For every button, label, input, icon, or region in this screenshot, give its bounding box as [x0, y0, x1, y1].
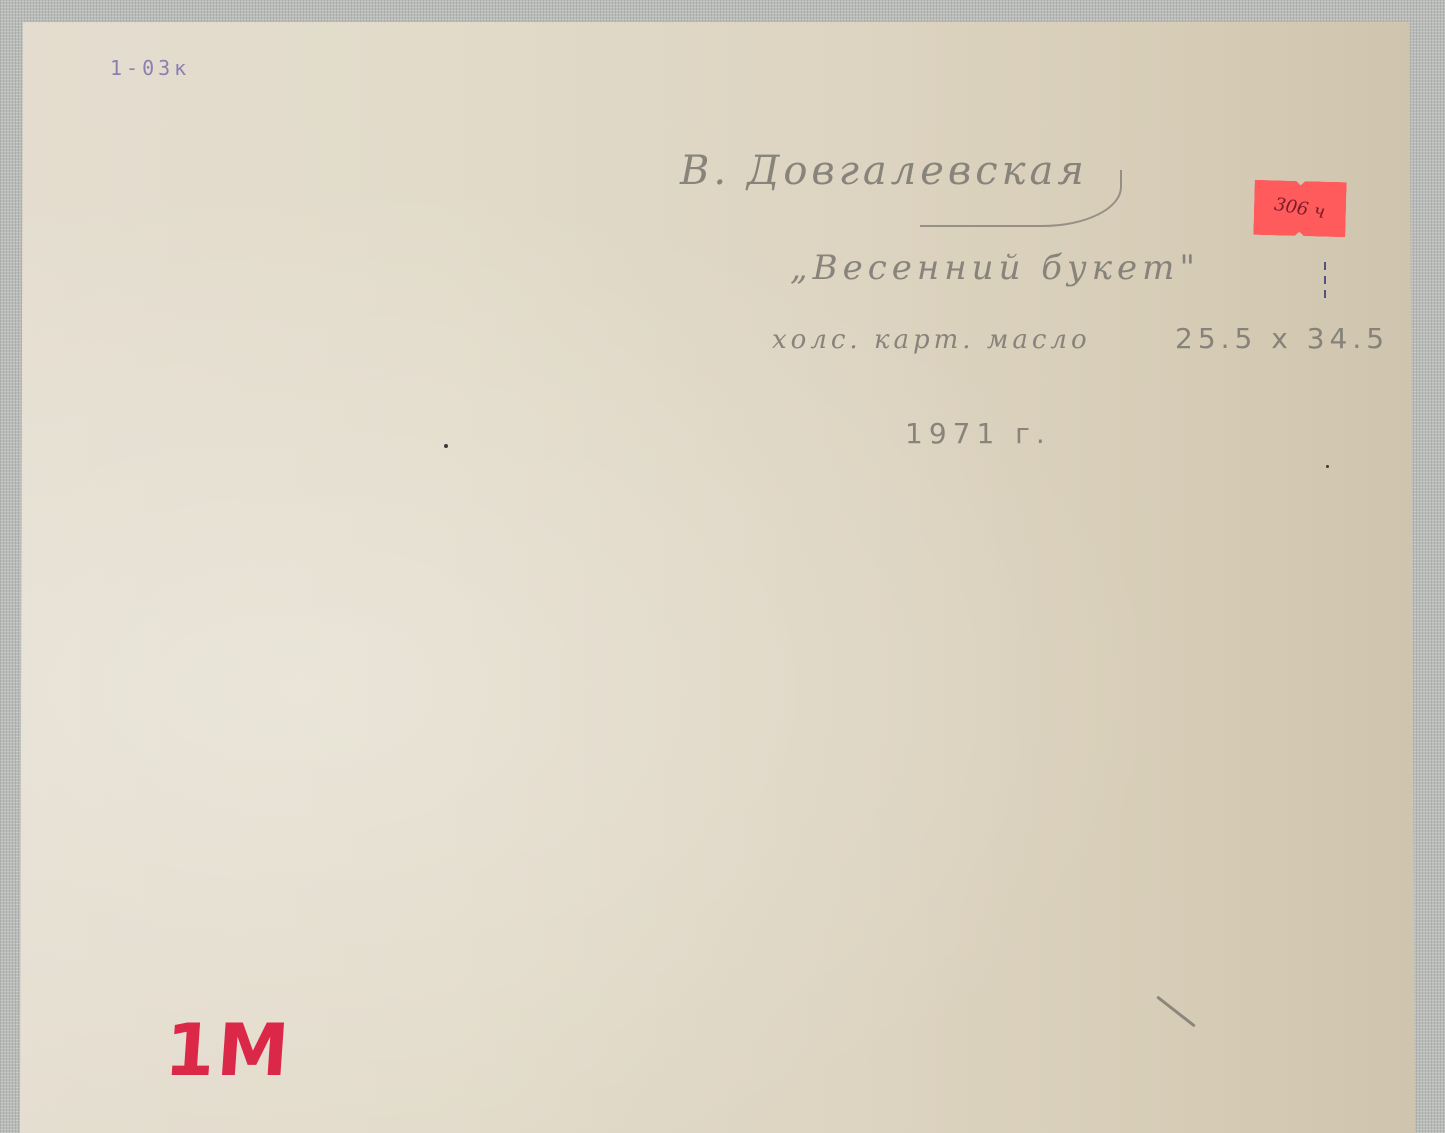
painting-year: 1971 г.	[905, 417, 1051, 450]
painting-medium: холс. карт. масло	[772, 325, 1091, 355]
painting-dimensions: 25.5 x 34.5	[1175, 322, 1389, 355]
painting-title: „Весенний букет"	[790, 248, 1200, 288]
speck	[1326, 465, 1329, 468]
speck	[444, 444, 448, 448]
price-sticker-text: 306 ч	[1273, 194, 1327, 223]
ink-tick-mark	[1324, 262, 1326, 302]
price-sticker: 306 ч	[1253, 180, 1346, 237]
stamp-number: 1-03к	[110, 56, 190, 80]
inventory-mark: 1M	[162, 1008, 294, 1092]
